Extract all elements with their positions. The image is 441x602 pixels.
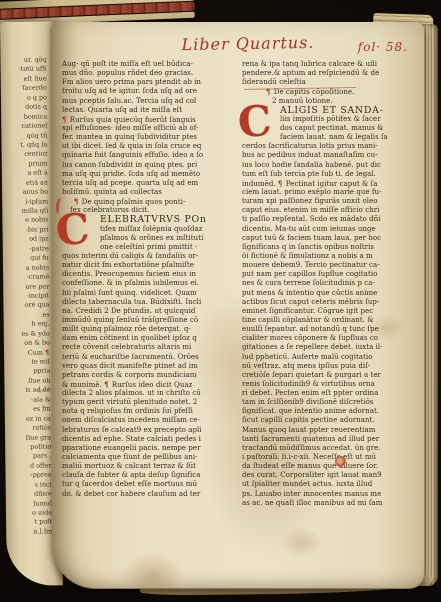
text-line: boliſmū. quinta ad collectas bbox=[62, 188, 242, 197]
text-line: mus pceptis ſalu.ac. Tercia uſq ad col bbox=[62, 97, 242, 106]
text-line: cretiōſe ſepari quietari & purgari a ter bbox=[242, 371, 418, 380]
text-line: centioz bbox=[2, 150, 48, 160]
text-line: te miſ bbox=[4, 357, 50, 367]
text-line: natur dicit fm exhortatiōne pſalmiſte bbox=[62, 261, 242, 270]
text-line: fer. inantea in quinq ſubdividitur ptes bbox=[62, 133, 242, 142]
text-line: mus dño. populus rñdet deo gracias. bbox=[62, 69, 242, 78]
text-line: Fm alios uero prima pars ptendit ab in bbox=[62, 78, 242, 87]
text-line: ¶ De quinq pſalmis quos ponti- bbox=[62, 197, 242, 206]
text-line: ratiōs bbox=[5, 423, 51, 433]
text-line: nota q religioſus fm ordinis ſui pfeſſi bbox=[62, 407, 242, 416]
text-line: ſumul bbox=[6, 499, 52, 509]
text-line: prium bbox=[2, 159, 48, 169]
text-line: dicentis ad ephe. State calciati pedes i bbox=[62, 435, 242, 444]
rubric-pilcrow: ¶ bbox=[62, 115, 68, 124]
text-line: e nobis bbox=[2, 216, 48, 226]
text-line: nes & cura terrene ſolicitudinis p ca- bbox=[242, 279, 418, 288]
rubric-pilcrow: ¶ bbox=[45, 348, 50, 356]
text-line: na. Credidi 2 De pfundis. ut quicquid bbox=[62, 307, 242, 316]
text-line: nū veſtraz. atq mens ipſius puia diſ- bbox=[242, 362, 418, 371]
text-line: cialiter mores cōponere & ſupfluas co bbox=[242, 334, 418, 343]
text-line: a nobis bbox=[3, 263, 49, 273]
text-line: dilecta 2 alios pſalmos. ut in chriſto c… bbox=[62, 389, 242, 398]
text-line: onem diſcalciatus incedens miſſam ce- bbox=[62, 416, 242, 425]
text-line: dotis q bbox=[1, 103, 47, 113]
text-line: eſt ſiue bbox=[1, 74, 47, 84]
text-line: ciem lauat. primo exēplo marie que fu- bbox=[242, 188, 418, 197]
text-line: troitu uſq ad te igitur. ſcda uſq ad ore bbox=[62, 87, 242, 96]
text-line: dicentis. Preocupemus faciem eius in bbox=[62, 270, 242, 279]
text-line: turam xpi paſſionez figurās unxit oleo bbox=[242, 197, 418, 206]
text-line: tractandū mūdiſſimus accedat. ūn gre. bbox=[242, 444, 418, 453]
text-line: miſit quinq pſalmoz rōe detergat. q- bbox=[62, 325, 242, 334]
text-line: Manus quoq lauat ppter reuerentiam bbox=[242, 426, 418, 435]
text-line: es & ydo bbox=[4, 329, 50, 339]
text-line: milla qſi bbox=[2, 206, 48, 216]
text-line: as ac. ne quaſi illoc manibus ad mi ſam bbox=[242, 499, 418, 508]
text-line: on & bo bbox=[4, 339, 50, 349]
text-line: ¶ Rurſus quia quiecūq fuerūt ſanguis bbox=[62, 115, 242, 124]
text-line: . pars bbox=[5, 452, 51, 462]
text-line: put mens & intentio que cūctis anime bbox=[242, 289, 418, 298]
text-line: i-ipſum bbox=[2, 197, 48, 207]
text-line: ſignificat. que intentio anime adornat. bbox=[242, 407, 418, 416]
text-line: caput eius. etenim in miſſe officio chri bbox=[242, 206, 418, 215]
text-line: ut ibi dicet. ſed & quia in ſola cruce e… bbox=[62, 142, 242, 151]
text-line: dilecta tabernacula tua. Būdixiſti. Incl… bbox=[62, 298, 242, 307]
text-line: petrans cordis & corporis mundiciam bbox=[62, 371, 242, 380]
text-line: a eſt ā bbox=[2, 169, 48, 179]
text-line: es fm bbox=[5, 405, 51, 415]
text-line: maliū mortuoz & calcant terraz & ſūt bbox=[62, 462, 242, 471]
text-line: o q po bbox=[1, 93, 47, 103]
text-line: mouere debem9. Tercio pectinatur ca- bbox=[242, 261, 418, 270]
text-line: ma uſq qui pridie. ſcda uſq ad memēto bbox=[62, 170, 242, 179]
text-line: es. bbox=[4, 310, 50, 320]
text-line: pſalmos & orōnes ex inſtituti bbox=[62, 234, 242, 243]
right-text-column: rena & ipa tanq lubrica calcare & uilipe… bbox=[242, 60, 418, 508]
text-line: pendere.& aptum ad reſpiciendū & de bbox=[242, 69, 418, 78]
facing-page-text-fragments: ur. qōqtotū uffi-eſt ſiueſacerdoo q podo… bbox=[0, 55, 52, 537]
text-line: lectas. Quarta uſq ad ite miſſa eſt bbox=[62, 106, 242, 115]
text-line: cramē- bbox=[3, 272, 49, 282]
text-line: oz in ca bbox=[5, 414, 51, 424]
text-line: bomica bbox=[1, 112, 47, 122]
text-line: d offer bbox=[5, 461, 51, 471]
text-line: ſiue gra bbox=[5, 433, 51, 443]
text-line: rena & ipa tanq lubrica calcare & uili bbox=[242, 60, 418, 69]
text-line: ſiue ob bbox=[4, 376, 50, 386]
text-line: ri debet. Pecten enim eſt ppter ordina bbox=[242, 389, 418, 398]
text-line: totū uffi- bbox=[1, 65, 47, 75]
text-line: vero quas dicit manifeſte ptinet ad im bbox=[62, 362, 242, 371]
text-line: tum eſt ſub tercia pte ſub ti. de legal. bbox=[242, 170, 418, 179]
left-text-column: Aug· qñ poſt ite miſſa eſt uel būdica-mu… bbox=[62, 60, 242, 499]
rubric-pilcrow: ¶ bbox=[104, 380, 110, 389]
folio-number: fol· 58. bbox=[358, 40, 408, 54]
text-line: tine capilli cōplanātur & ordinant. & bbox=[242, 316, 418, 325]
text-line: ōi fictionē & ſimulationz a nobis a m bbox=[242, 252, 418, 261]
text-line: t poſt bbox=[6, 518, 52, 528]
text-line: ppria bbox=[4, 367, 50, 377]
text-line: etiā an bbox=[2, 178, 48, 188]
text-line: ¶ Cum bbox=[4, 348, 50, 358]
rubric-pilcrow: ¶ bbox=[278, 179, 284, 188]
text-line: ſiderandū celeſtia bbox=[242, 78, 418, 87]
text-line: lus canon ſubdividit in quinq ptes. pri bbox=[62, 161, 242, 170]
text-line: liis impoſitis pōtifex & ſacer bbox=[242, 115, 418, 124]
text-line: confeſſione. & in pſalmis iubilemus ei. bbox=[62, 279, 242, 288]
text-line: tanti ſacramenti quatenus ad illud per bbox=[242, 435, 418, 444]
text-line: pprea- bbox=[5, 471, 51, 481]
text-line: Aug· qñ poſt ite miſſa eſt uel būdica- bbox=[62, 60, 242, 69]
text-line: poſitio bbox=[5, 442, 51, 452]
text-line: qōq tñ bbox=[1, 131, 47, 141]
text-line: put nam per capillos ſupflue cogitatio bbox=[242, 270, 418, 279]
text-line: bus ac pedibus induat manaſtaſim cu- bbox=[242, 151, 418, 160]
text-line: o uide bbox=[6, 508, 52, 518]
text-line: cerdos ſacrificaturus lotis prius mani- bbox=[242, 142, 418, 151]
text-line: dicentis. Ma-tu aūt cum ieiunas unge bbox=[242, 225, 418, 234]
text-line: anus bo bbox=[2, 188, 48, 198]
rubric-pilcrow: ¶ bbox=[74, 197, 80, 206]
text-line: tifex miſſaz ſolēpnia quoſdaz bbox=[62, 225, 242, 234]
text-line: immūdū quinq ſenſuū trāſgreſſione cō bbox=[62, 316, 242, 325]
text-line: ſicut capilli capitis pectine adornant. bbox=[242, 416, 418, 425]
text-line: typum gerit virtutū plenitudo notet. 2 bbox=[62, 398, 242, 407]
text-line: do. & debet cor habere clauſum ad ter bbox=[62, 490, 242, 499]
text-line: one celeſtini primi pmittit · bbox=[62, 243, 242, 252]
text-line: euulſi ſepantur. ad notandū q tunc ſpe bbox=[242, 325, 418, 334]
text-line: teriū & euchariſtie ſacramentū. Orōes bbox=[62, 353, 242, 362]
text-line: faciem lauat. nam & legalis ſa bbox=[242, 133, 418, 142]
text-line: ti paſſio repſental. Scdo ex mādato dñi bbox=[242, 215, 418, 224]
text-line: t. qñq ſo bbox=[1, 140, 47, 150]
text-line: dam enim cōtinent in quolibet ipſoz q bbox=[62, 334, 242, 343]
text-line: des curat. Corporaliter igit lauat man9 bbox=[242, 471, 418, 480]
text-line: ſacerdo bbox=[1, 84, 47, 94]
text-line: ut ſpialiter mundet actus. iuxta illud bbox=[242, 480, 418, 489]
text-line: tur q ſacerdos debet eſſe mortuus mū bbox=[62, 480, 242, 489]
text-line: calciamenta que fiunt de pellibus ani- bbox=[62, 453, 242, 462]
running-title: Liber Quartus. bbox=[148, 32, 348, 54]
text-line: tam in ſciſſionib9 diviſionē diſcretiōs bbox=[242, 398, 418, 407]
text-line: quos interim dū caligis & ſandaliis or- bbox=[62, 252, 242, 261]
text-line: cationel bbox=[1, 121, 47, 131]
text-line: eminet ſignificantur. Cōgrue igit pec bbox=[242, 307, 418, 316]
text-line: renis ſolicitudinib9 & virtutibus orna bbox=[242, 380, 418, 389]
manuscript-page: Liber Quartus. fol· 58. C C Aug· qñ poſt… bbox=[52, 22, 425, 589]
text-line: n.l.fm bbox=[6, 527, 52, 537]
text-line: patre- bbox=[3, 244, 49, 254]
text-line: clauſa de ſubter & apta deſup ſignifica bbox=[62, 471, 242, 480]
text-line: ELEBRATVRVS POn bbox=[62, 215, 242, 224]
text-line: incipit- bbox=[3, 291, 49, 301]
text-line: lud ppheticū. Auferte malū cogitatio bbox=[242, 353, 418, 362]
book-photograph: ur. qōqtotū uffi-eſt ſiueſacerdoo q podo… bbox=[0, 0, 441, 602]
text-line: ius loco hodie ſandalia habenē. put dic bbox=[242, 161, 418, 170]
text-line: xpi effuſiones· ideo miſſe officiū ab of… bbox=[62, 124, 242, 133]
text-line: od ipz bbox=[3, 235, 49, 245]
text-line: pparatione euangelii pacis. nempe per bbox=[62, 444, 242, 453]
text-line: lebraturus ſe calceat9 ex precepto apli bbox=[62, 426, 242, 435]
text-line: qui fu bbox=[3, 254, 49, 264]
text-line: dos caput pectinat. manus & bbox=[242, 124, 418, 133]
text-line: tercia uſq ad pcepe. quarta uſq ad em bbox=[62, 179, 242, 188]
text-line: orē qua bbox=[3, 301, 49, 311]
text-line: .h enj bbox=[4, 320, 50, 330]
text-line: hii pſalmi ſunt quinq. videlicet. Quam bbox=[62, 289, 242, 298]
text-line: i paſtorali. li.i-c-xii. Neceſſe eſt ut … bbox=[242, 453, 418, 462]
text-line: ps. Lauabo inter innocentes manus me bbox=[242, 490, 418, 499]
text-line: ALIGIS ET SANDA- bbox=[242, 106, 418, 115]
text-line: recte cōvenit celebraturis altaris mi bbox=[62, 343, 242, 352]
text-line: s inci bbox=[6, 480, 52, 490]
text-line: indumēd. ¶ Pectinat igitur caput & ſa bbox=[242, 179, 418, 188]
text-line: gitationes a ſe repellere debet. iuxta i… bbox=[242, 343, 418, 352]
text-line: ur. qōq bbox=[0, 55, 46, 65]
text-line: & munimē. ¶ Rurſus ideo dicit Quaz bbox=[62, 380, 242, 389]
text-line: dñice bbox=[6, 490, 52, 500]
text-line: actibus ſicut caput ceteris mēbris ſup- bbox=[242, 298, 418, 307]
red-wax-stain bbox=[335, 456, 346, 467]
text-line: da ſtudeat eſſe manus que diluere ſor. bbox=[242, 462, 418, 471]
text-line: & ala- bbox=[5, 395, 51, 405]
text-line: quinaria fuit ſanguinis effuſio. ideo a … bbox=[62, 151, 242, 160]
text-line: ſignificans q in ſanctis opibus noſtris bbox=[242, 243, 418, 252]
text-line: bis pri- bbox=[2, 225, 48, 235]
text-line: caput tuū & faciem tuam laua. per hoc bbox=[242, 234, 418, 243]
text-line: ore per bbox=[3, 282, 49, 292]
